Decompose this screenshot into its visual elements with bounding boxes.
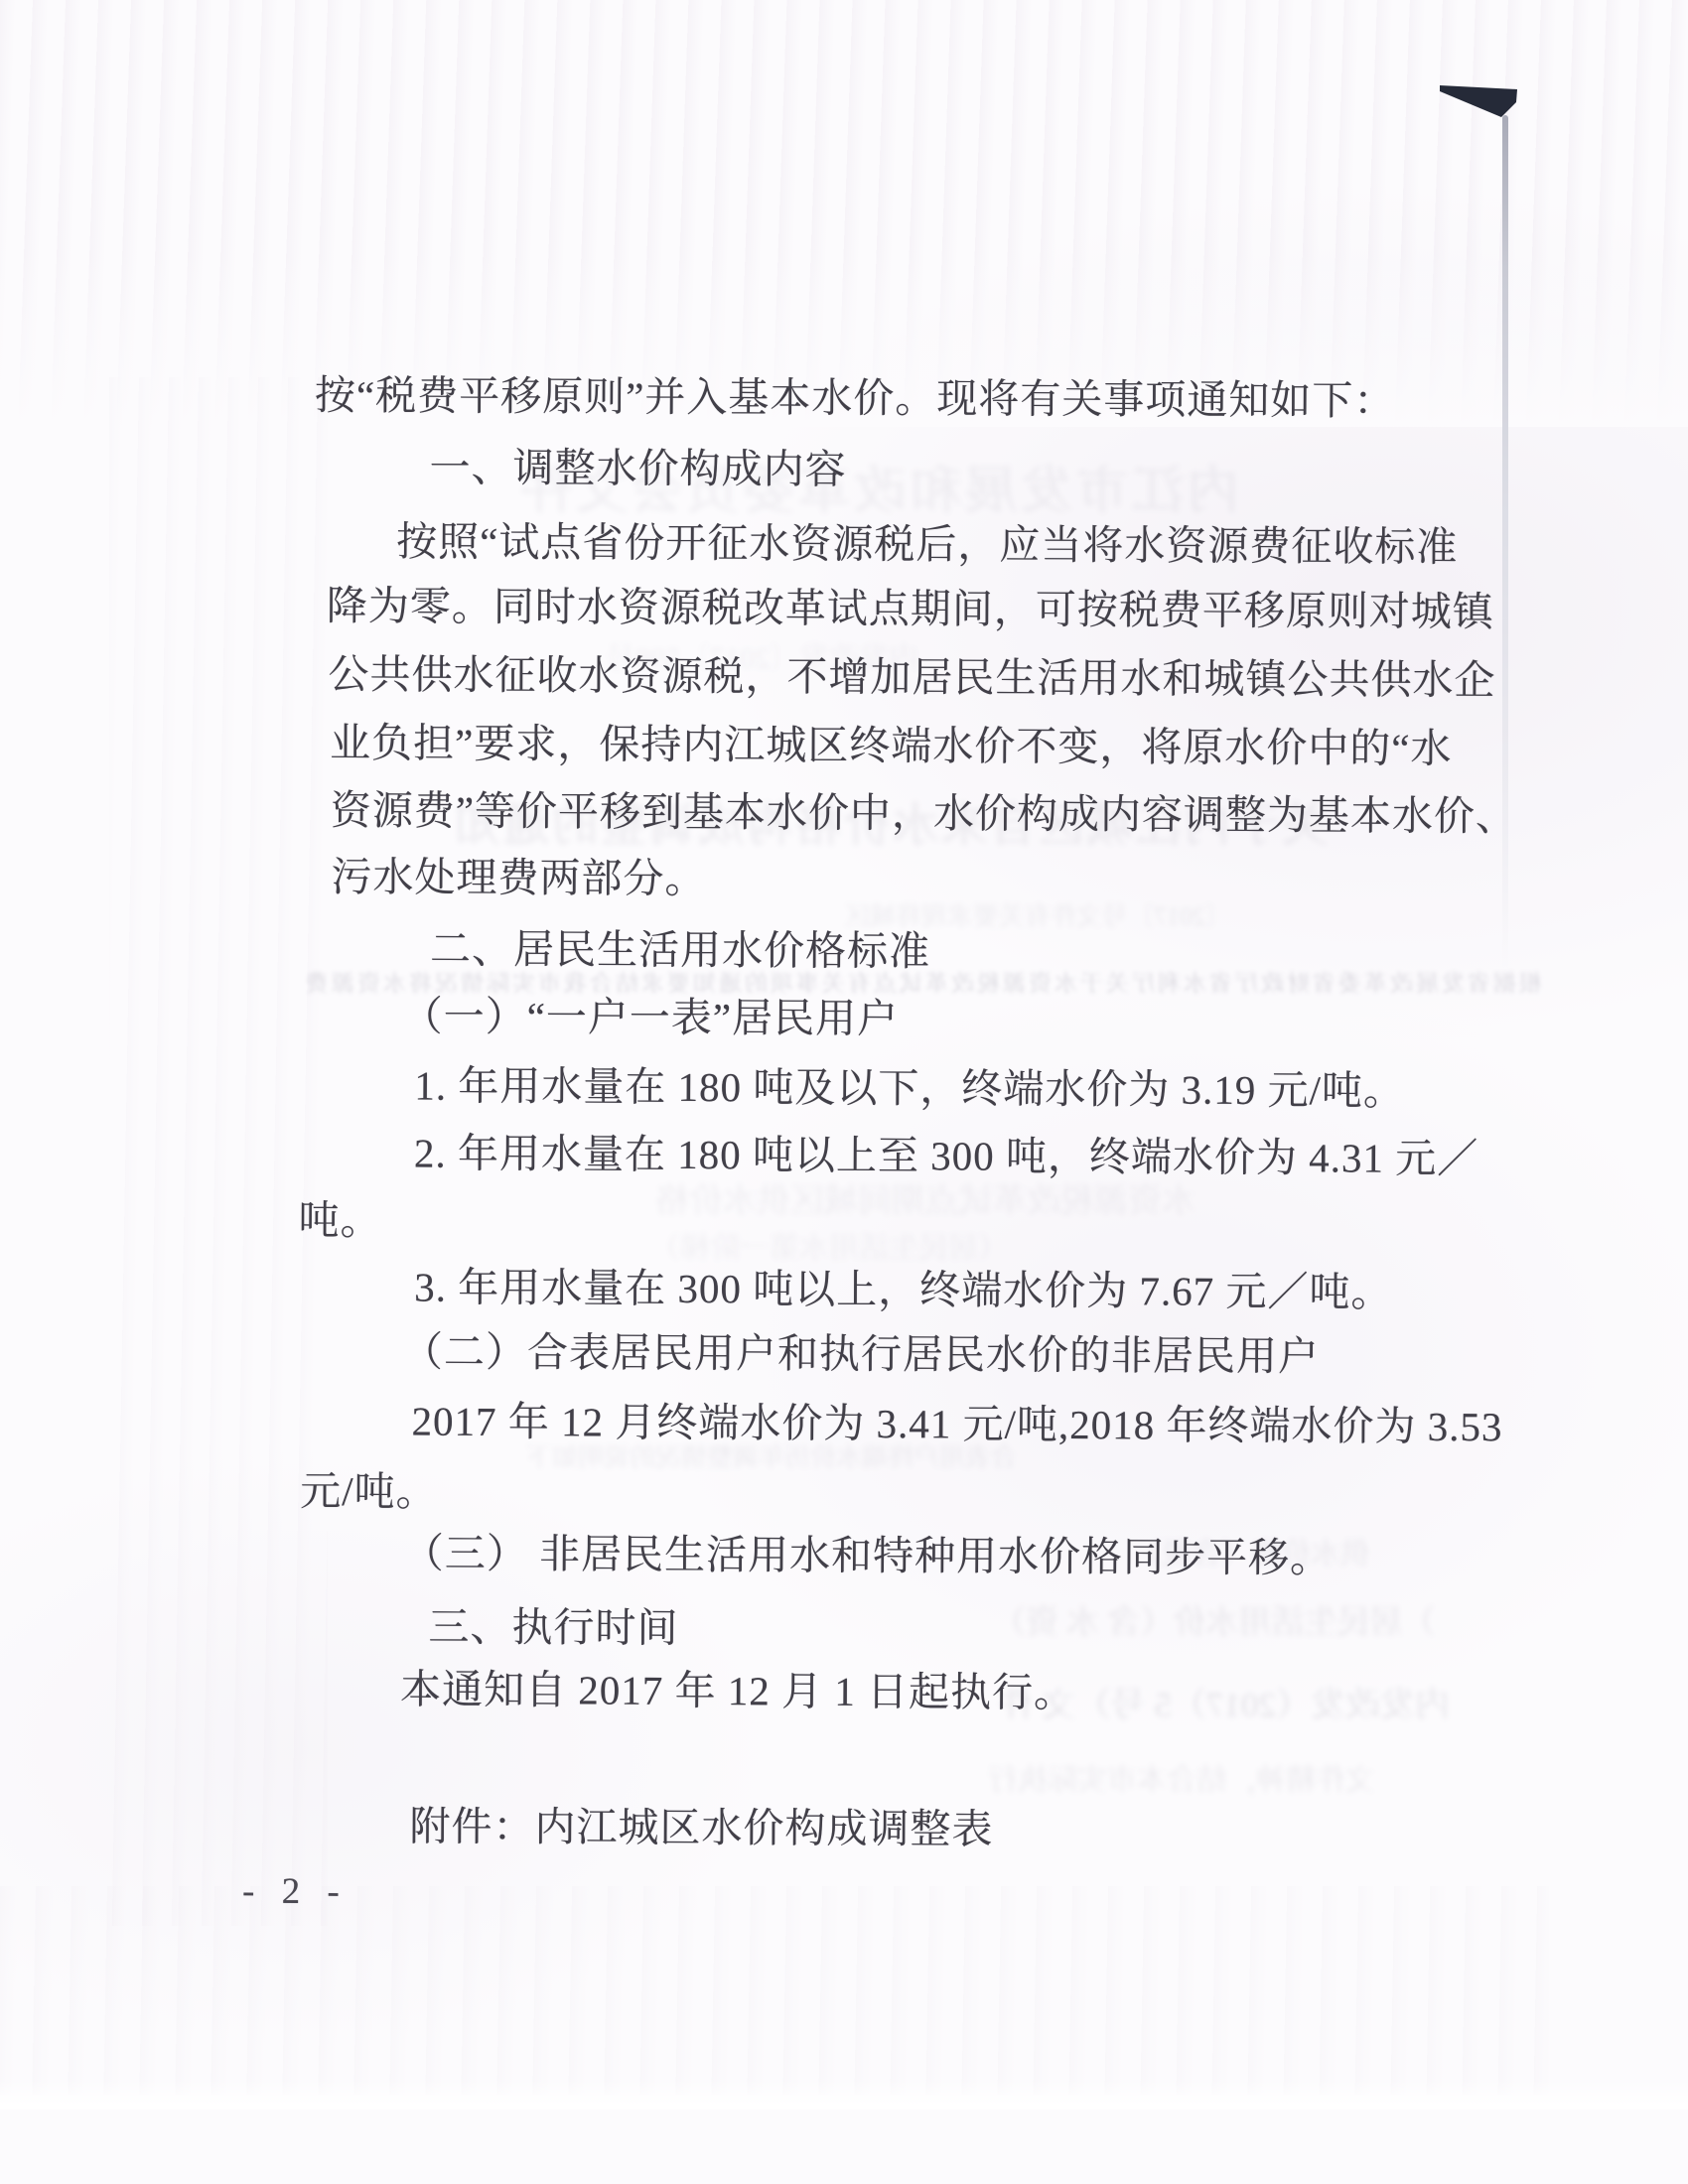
- doc-line: 按“税费平移原则”并入基本水价。现将有关事项通知如下：: [315, 371, 1396, 425]
- doc-line-heading-2: 二、居民生活用水价格标准: [430, 925, 930, 976]
- doc-line-item-2: 2. 年用水量在 180 吨以上至 300 吨，终端水价为 4.31 元／: [414, 1130, 1478, 1183]
- doc-line: 按照“试点省份开征水资源税后，应当将水资源费征收标准: [396, 517, 1458, 571]
- page-number: - 2 -: [242, 1870, 349, 1914]
- doc-line: 公共供水征收水资源税，不增加居民生活用水和城镇公共供水企: [328, 650, 1495, 704]
- doc-line: 2017 年 12 月终端水价为 3.41 元/吨,2018 年终端水价为 3.…: [411, 1398, 1502, 1451]
- document-body: 按“税费平移原则”并入基本水价。现将有关事项通知如下： 一、调整水价构成内容 按…: [0, 0, 1688, 2184]
- doc-line: 污水处理费两部分。: [331, 853, 706, 902]
- doc-line: 业负担”要求，保持内江城区终端水价不变，将原水价中的“水: [330, 719, 1453, 772]
- page-edge-line: [1502, 115, 1508, 969]
- doc-line: 元/吨。: [300, 1467, 438, 1516]
- doc-line: 吨。: [298, 1196, 381, 1244]
- doc-line: 降为零。同时水资源税改革试点期间，可按税费平移原则对城镇: [327, 582, 1494, 635]
- doc-line: 资源费”等价平移到基本水价中，水价构成内容调整为基本水价、: [331, 786, 1517, 840]
- doc-line-attachment: 附件：内江城区水价构成调整表: [409, 1803, 993, 1853]
- scan-bottom-fade: [0, 2080, 1688, 2110]
- doc-line-heading-1: 一、调整水价构成内容: [429, 444, 846, 493]
- doc-line-item-3: 3. 年用水量在 300 吨以上，终端水价为 7.67 元／吨。: [414, 1264, 1392, 1316]
- doc-line-subheading: （三） 非居民生活用水和特种用水价格同步平移。: [403, 1529, 1332, 1581]
- doc-line-subheading: （二）合表居民用户和执行居民水价的非居民用户: [402, 1327, 1320, 1380]
- doc-line: 本通知自 2017 年 12 月 1 日起执行。: [400, 1665, 1075, 1716]
- doc-line-heading-3: 三、执行时间: [428, 1603, 678, 1652]
- page-corner-fold-icon: [1430, 79, 1529, 129]
- doc-line-subheading: （一）“一户一表”居民用户: [402, 992, 900, 1042]
- doc-line-item-1: 1. 年用水量在 180 吨及以下，终端水价为 3.19 元/吨。: [414, 1062, 1405, 1115]
